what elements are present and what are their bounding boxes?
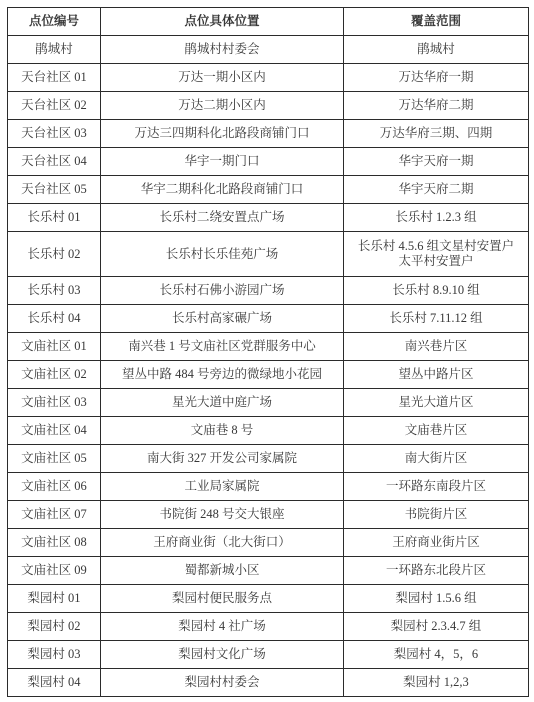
cell-coverage: 星光大道片区 (344, 389, 529, 417)
cell-point-id: 长乐村 04 (8, 305, 101, 333)
cell-location: 梨园村便民服务点 (101, 585, 344, 613)
cell-coverage: 一环路东北段片区 (344, 557, 529, 585)
cell-location: 工业局家属院 (101, 473, 344, 501)
cell-coverage: 梨园村 1.5.6 组 (344, 585, 529, 613)
cell-coverage: 文庙巷片区 (344, 417, 529, 445)
table-row: 长乐村 02 长乐村长乐佳苑广场 长乐村 4.5.6 组文星村安置户 太平村安置… (8, 232, 529, 277)
table-row: 文庙社区 04 文庙巷 8 号 文庙巷片区 (8, 417, 529, 445)
header-cell-location: 点位具体位置 (101, 8, 344, 36)
cell-location: 书院街 248 号交大银座 (101, 501, 344, 529)
cell-coverage: 书院街片区 (344, 501, 529, 529)
cell-location: 南兴巷 1 号文庙社区党群服务中心 (101, 333, 344, 361)
cell-coverage: 南大街片区 (344, 445, 529, 473)
table-row: 梨园村 01 梨园村便民服务点 梨园村 1.5.6 组 (8, 585, 529, 613)
cell-point-id: 天台社区 01 (8, 64, 101, 92)
cell-point-id: 梨园村 04 (8, 669, 101, 697)
cell-location: 蜀都新城小区 (101, 557, 344, 585)
table-row: 梨园村 02 梨园村 4 社广场 梨园村 2.3.4.7 组 (8, 613, 529, 641)
cell-location: 长乐村长乐佳苑广场 (101, 232, 344, 277)
cell-point-id: 文庙社区 05 (8, 445, 101, 473)
cell-coverage: 万达华府三期、四期 (344, 120, 529, 148)
cell-location: 万达三四期科化北路段商铺门口 (101, 120, 344, 148)
cell-point-id: 文庙社区 06 (8, 473, 101, 501)
table-row: 天台社区 03 万达三四期科化北路段商铺门口 万达华府三期、四期 (8, 120, 529, 148)
cell-location: 华宇一期门口 (101, 148, 344, 176)
header-cell-point-id: 点位编号 (8, 8, 101, 36)
cell-coverage: 长乐村 7.11.12 组 (344, 305, 529, 333)
cell-coverage: 梨园村 1,2,3 (344, 669, 529, 697)
cell-coverage: 一环路东南段片区 (344, 473, 529, 501)
cell-location: 长乐村高家碾广场 (101, 305, 344, 333)
cell-point-id: 文庙社区 09 (8, 557, 101, 585)
cell-point-id: 天台社区 03 (8, 120, 101, 148)
table-row: 文庙社区 06 工业局家属院 一环路东南段片区 (8, 473, 529, 501)
cell-location: 望丛中路 484 号旁边的微绿地小花园 (101, 361, 344, 389)
table-row: 长乐村 03 长乐村石佛小游园广场 长乐村 8.9.10 组 (8, 277, 529, 305)
cell-point-id: 文庙社区 04 (8, 417, 101, 445)
cell-location: 梨园村文化广场 (101, 641, 344, 669)
cell-point-id: 天台社区 04 (8, 148, 101, 176)
cell-location: 长乐村二绕安置点广场 (101, 204, 344, 232)
cell-location: 华宇二期科化北路段商铺门口 (101, 176, 344, 204)
cell-point-id: 梨园村 03 (8, 641, 101, 669)
table-row: 天台社区 04 华宇一期门口 华宇天府一期 (8, 148, 529, 176)
cell-coverage: 梨园村 4，5，6 (344, 641, 529, 669)
table-row: 长乐村 04 长乐村高家碾广场 长乐村 7.11.12 组 (8, 305, 529, 333)
cell-point-id: 鹃城村 (8, 36, 101, 64)
cell-point-id: 天台社区 02 (8, 92, 101, 120)
cell-coverage: 华宇天府二期 (344, 176, 529, 204)
table-row: 梨园村 03 梨园村文化广场 梨园村 4，5，6 (8, 641, 529, 669)
cell-coverage: 梨园村 2.3.4.7 组 (344, 613, 529, 641)
cell-coverage: 长乐村 8.9.10 组 (344, 277, 529, 305)
cell-location: 梨园村村委会 (101, 669, 344, 697)
table-row: 文庙社区 03 星光大道中庭广场 星光大道片区 (8, 389, 529, 417)
cell-coverage: 华宇天府一期 (344, 148, 529, 176)
cell-location: 万达一期小区内 (101, 64, 344, 92)
cell-point-id: 文庙社区 03 (8, 389, 101, 417)
cell-location: 王府商业街（北大街口） (101, 529, 344, 557)
table-row: 天台社区 01 万达一期小区内 万达华府一期 (8, 64, 529, 92)
table-header-row: 点位编号 点位具体位置 覆盖范围 (8, 8, 529, 36)
cell-location: 鹃城村村委会 (101, 36, 344, 64)
table-row: 天台社区 05 华宇二期科化北路段商铺门口 华宇天府二期 (8, 176, 529, 204)
cell-point-id: 长乐村 03 (8, 277, 101, 305)
table-row: 梨园村 04 梨园村村委会 梨园村 1,2,3 (8, 669, 529, 697)
header-cell-coverage: 覆盖范围 (344, 8, 529, 36)
cell-location: 星光大道中庭广场 (101, 389, 344, 417)
cell-point-id: 梨园村 01 (8, 585, 101, 613)
cell-point-id: 梨园村 02 (8, 613, 101, 641)
cell-coverage: 长乐村 1.2.3 组 (344, 204, 529, 232)
cell-location: 南大街 327 开发公司家属院 (101, 445, 344, 473)
cell-point-id: 天台社区 05 (8, 176, 101, 204)
table-row: 鹃城村 鹃城村村委会 鹃城村 (8, 36, 529, 64)
cell-coverage: 长乐村 4.5.6 组文星村安置户 太平村安置户 (344, 232, 529, 277)
cell-point-id: 长乐村 02 (8, 232, 101, 277)
cell-coverage: 万达华府一期 (344, 64, 529, 92)
cell-coverage: 王府商业街片区 (344, 529, 529, 557)
cell-point-id: 文庙社区 08 (8, 529, 101, 557)
cell-coverage: 望丛中路片区 (344, 361, 529, 389)
table-row: 文庙社区 08 王府商业街（北大街口） 王府商业街片区 (8, 529, 529, 557)
cell-point-id: 文庙社区 01 (8, 333, 101, 361)
cell-coverage: 鹃城村 (344, 36, 529, 64)
table-row: 文庙社区 09 蜀都新城小区 一环路东北段片区 (8, 557, 529, 585)
cell-point-id: 文庙社区 07 (8, 501, 101, 529)
table-row: 文庙社区 02 望丛中路 484 号旁边的微绿地小花园 望丛中路片区 (8, 361, 529, 389)
cell-point-id: 文庙社区 02 (8, 361, 101, 389)
cell-location: 梨园村 4 社广场 (101, 613, 344, 641)
cell-location: 长乐村石佛小游园广场 (101, 277, 344, 305)
table-row: 文庙社区 07 书院街 248 号交大银座 书院街片区 (8, 501, 529, 529)
cell-location: 文庙巷 8 号 (101, 417, 344, 445)
document-page: 点位编号 点位具体位置 覆盖范围 鹃城村 鹃城村村委会 鹃城村 天台社区 01 … (0, 0, 534, 702)
cell-point-id: 长乐村 01 (8, 204, 101, 232)
table-row: 文庙社区 05 南大街 327 开发公司家属院 南大街片区 (8, 445, 529, 473)
points-table: 点位编号 点位具体位置 覆盖范围 鹃城村 鹃城村村委会 鹃城村 天台社区 01 … (7, 7, 529, 697)
cell-coverage: 南兴巷片区 (344, 333, 529, 361)
table-row: 文庙社区 01 南兴巷 1 号文庙社区党群服务中心 南兴巷片区 (8, 333, 529, 361)
cell-coverage: 万达华府二期 (344, 92, 529, 120)
table-row: 天台社区 02 万达二期小区内 万达华府二期 (8, 92, 529, 120)
table-row: 长乐村 01 长乐村二绕安置点广场 长乐村 1.2.3 组 (8, 204, 529, 232)
cell-location: 万达二期小区内 (101, 92, 344, 120)
